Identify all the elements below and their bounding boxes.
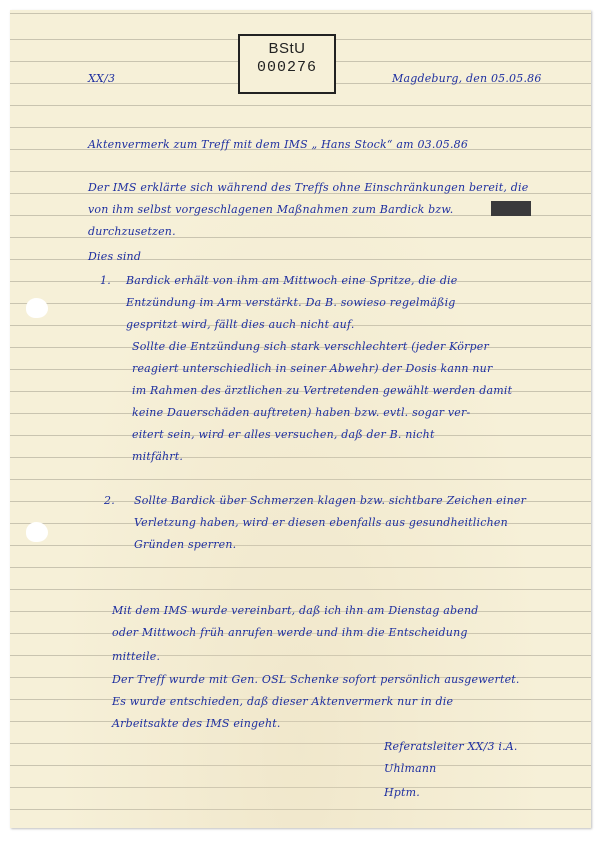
intro-line: Der IMS erklärte sich während des Treffs… <box>88 181 528 194</box>
item-line: reagiert unterschiedlich in seiner Abweh… <box>132 362 492 375</box>
intro-line: durchzusetzen. <box>88 225 176 238</box>
intro-line: Dies sind <box>88 250 141 263</box>
signature-rank: Hptm. <box>384 786 420 799</box>
item-line: gespritzt wird, fällt dies auch nicht au… <box>126 318 355 331</box>
archive-stamp: BStU 000276 <box>238 34 336 94</box>
item-line: Verletzung haben, wird er diesen ebenfal… <box>134 516 508 529</box>
intro-line: von ihm selbst vorgeschlagenen Maßnahmen… <box>88 203 453 216</box>
item-line: keine Dauerschäden auftreten) haben bzw.… <box>132 406 470 419</box>
signature-role: Referatsleiter XX/3 i.A. <box>384 740 518 753</box>
item-line: Entzündung im Arm verstärkt. Da B. sowie… <box>126 296 456 309</box>
stamp-org: BStU <box>240 40 334 57</box>
item-number: 1. <box>100 274 111 287</box>
place-date: Magdeburg, den 05.05.86 <box>392 72 542 85</box>
stamp-number: 000276 <box>240 59 334 76</box>
punch-hole <box>26 298 48 318</box>
document-title: Aktenvermerk zum Treff mit dem IMS „ Han… <box>88 138 468 151</box>
item-line: Sollte die Entzündung sich stark verschl… <box>132 340 489 353</box>
item-line: mitfährt. <box>132 450 183 463</box>
unit-label: XX/3 <box>88 72 115 85</box>
redacted-name <box>491 201 531 216</box>
punch-hole <box>26 522 48 542</box>
signature-name: Uhlmann <box>384 762 436 775</box>
item-line: eitert sein, wird er alles versuchen, da… <box>132 428 435 441</box>
item-line: im Rahmen des ärztlichen zu Vertretenden… <box>132 384 512 397</box>
agreement-line: Der Treff wurde mit Gen. OSL Schenke sof… <box>112 673 520 686</box>
agreement-line: mitteile. <box>112 650 160 663</box>
item-line: Sollte Bardick über Schmerzen klagen bzw… <box>134 494 526 507</box>
agreement-line: Arbeitsakte des IMS eingeht. <box>112 717 281 730</box>
agreement-line: oder Mittwoch früh anrufen werde und ihm… <box>112 626 468 639</box>
agreement-line: Es wurde entschieden, daß dieser Aktenve… <box>112 695 453 708</box>
item-line: Gründen sperren. <box>134 538 236 551</box>
item-number: 2. <box>104 494 115 507</box>
item-line: Bardick erhält von ihm am Mittwoch eine … <box>126 274 458 287</box>
agreement-line: Mit dem IMS wurde vereinbart, daß ich ih… <box>112 604 479 617</box>
